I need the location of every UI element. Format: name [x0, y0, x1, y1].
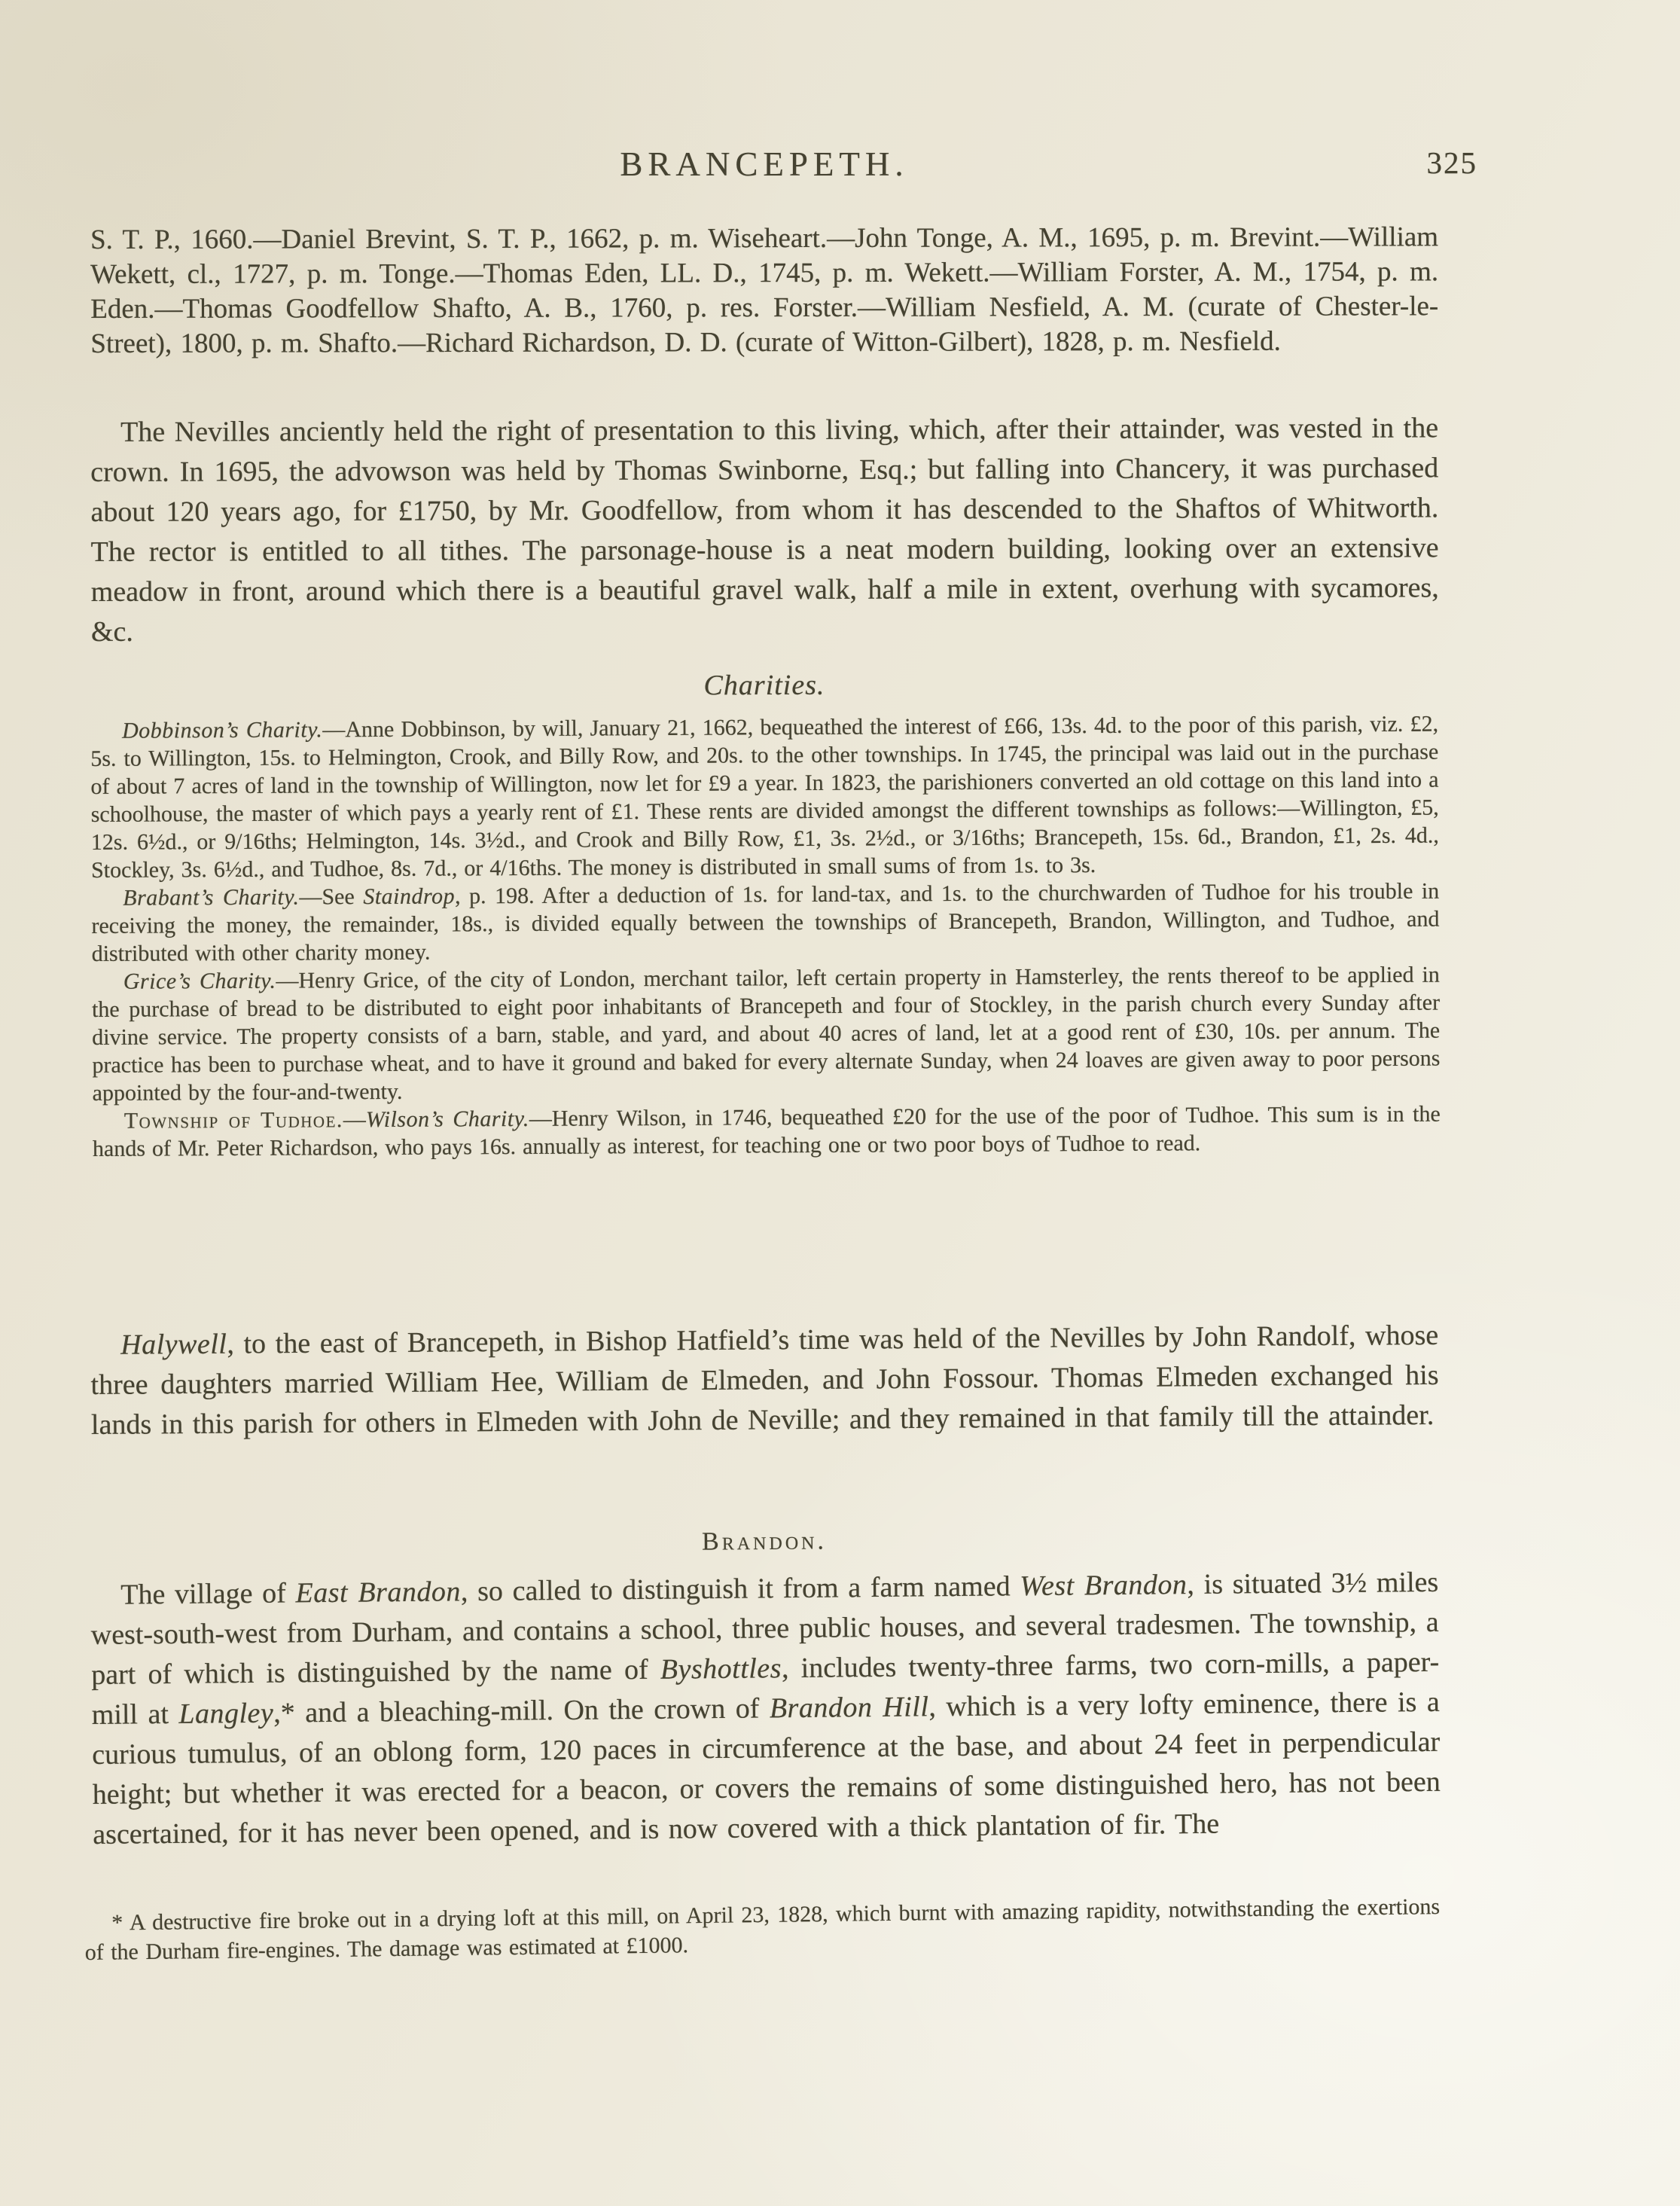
paragraph-brabant-charity: Brabant’s Charity.—See Staindrop, p. 198… [91, 877, 1440, 968]
footnote-langley-fire: * A destructive fire broke out in a dryi… [84, 1892, 1441, 1967]
book-page: BRANCEPETH. 325 S. T. P., 1660.—Daniel B… [0, 0, 1680, 2206]
paragraph-text: S. T. P., 1660.—Daniel Brevint, S. T. P.… [90, 220, 1438, 362]
heading-text: Charities. [703, 670, 825, 702]
paragraph-halywell: Halywell, to the east of Brancepeth, in … [90, 1316, 1439, 1445]
page-number: 325 [1427, 145, 1478, 181]
footnote-text: * A destructive fire broke out in a dryi… [84, 1892, 1441, 1967]
heading-text: Brandon. [702, 1527, 827, 1555]
charities-section: Dobbinson’s Charity.—Anne Dobbinson, by … [90, 710, 1441, 1163]
paragraph-grice-charity: Grice’s Charity.—Henry Grice, of the cit… [92, 961, 1441, 1107]
paragraph-text: Halywell, to the east of Brancepeth, in … [90, 1316, 1439, 1445]
section-heading-brandon: Brandon. [90, 1522, 1438, 1561]
paragraph-rector-succession: S. T. P., 1660.—Daniel Brevint, S. T. P.… [90, 220, 1438, 362]
paragraph-nevilles: The Nevilles anciently held the right of… [90, 408, 1439, 652]
paragraph-dobbinson-charity: Dobbinson’s Charity.—Anne Dobbinson, by … [90, 710, 1439, 884]
paragraph-text: The Nevilles anciently held the right of… [90, 408, 1439, 652]
page-header: BRANCEPETH. 325 [90, 142, 1438, 190]
paragraph-text: The village of East Brandon, so called t… [90, 1563, 1441, 1855]
paragraph-brandon-village: The village of East Brandon, so called t… [90, 1563, 1441, 1855]
page-title: BRANCEPETH. [90, 142, 1438, 187]
paragraph-tudhoe-wilson-charity: Township of Tudhoe.—Wilson’s Charity.—He… [93, 1100, 1441, 1163]
section-heading-charities: Charities. [90, 667, 1438, 704]
